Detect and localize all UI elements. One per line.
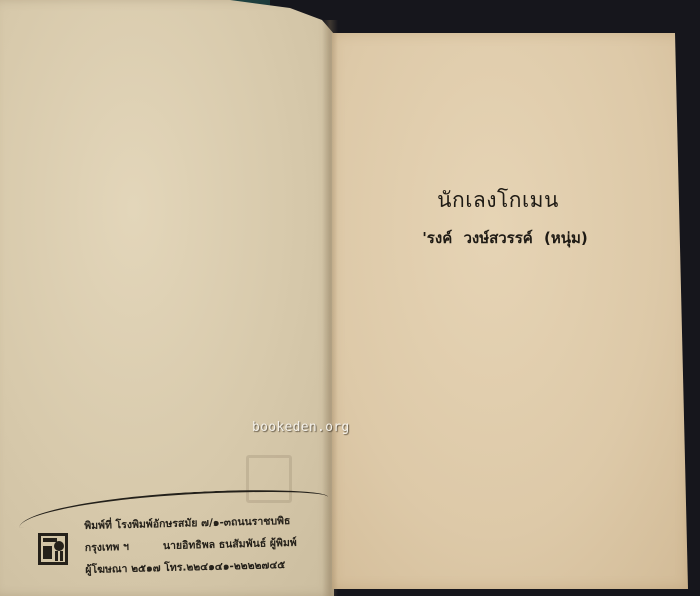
open-book-scene: นักเลงโกเมน 'รงค์ วงษ์สวรรค์ (หนุ่ม) boo… (0, 0, 700, 596)
colophon-city: กรุงเทพ ฯ (85, 541, 129, 554)
book-title: นักเลงโกเมน (398, 184, 598, 217)
colophon-printer-name: นายอิทธิพล ธนสัมพันธ์ ผู้พิมพ์ (163, 537, 297, 552)
book-author: 'รงค์ วงษ์สวรรค์ (หนุ่ม) (380, 226, 630, 250)
right-page (332, 33, 688, 589)
printer-logo-icon (38, 533, 68, 565)
colophon: พิมพ์ที่ โรงพิมพ์อักษรสมัย ๗/๑-๓ถนนราชบพ… (84, 509, 332, 581)
watermark: bookeden.org (252, 420, 350, 435)
